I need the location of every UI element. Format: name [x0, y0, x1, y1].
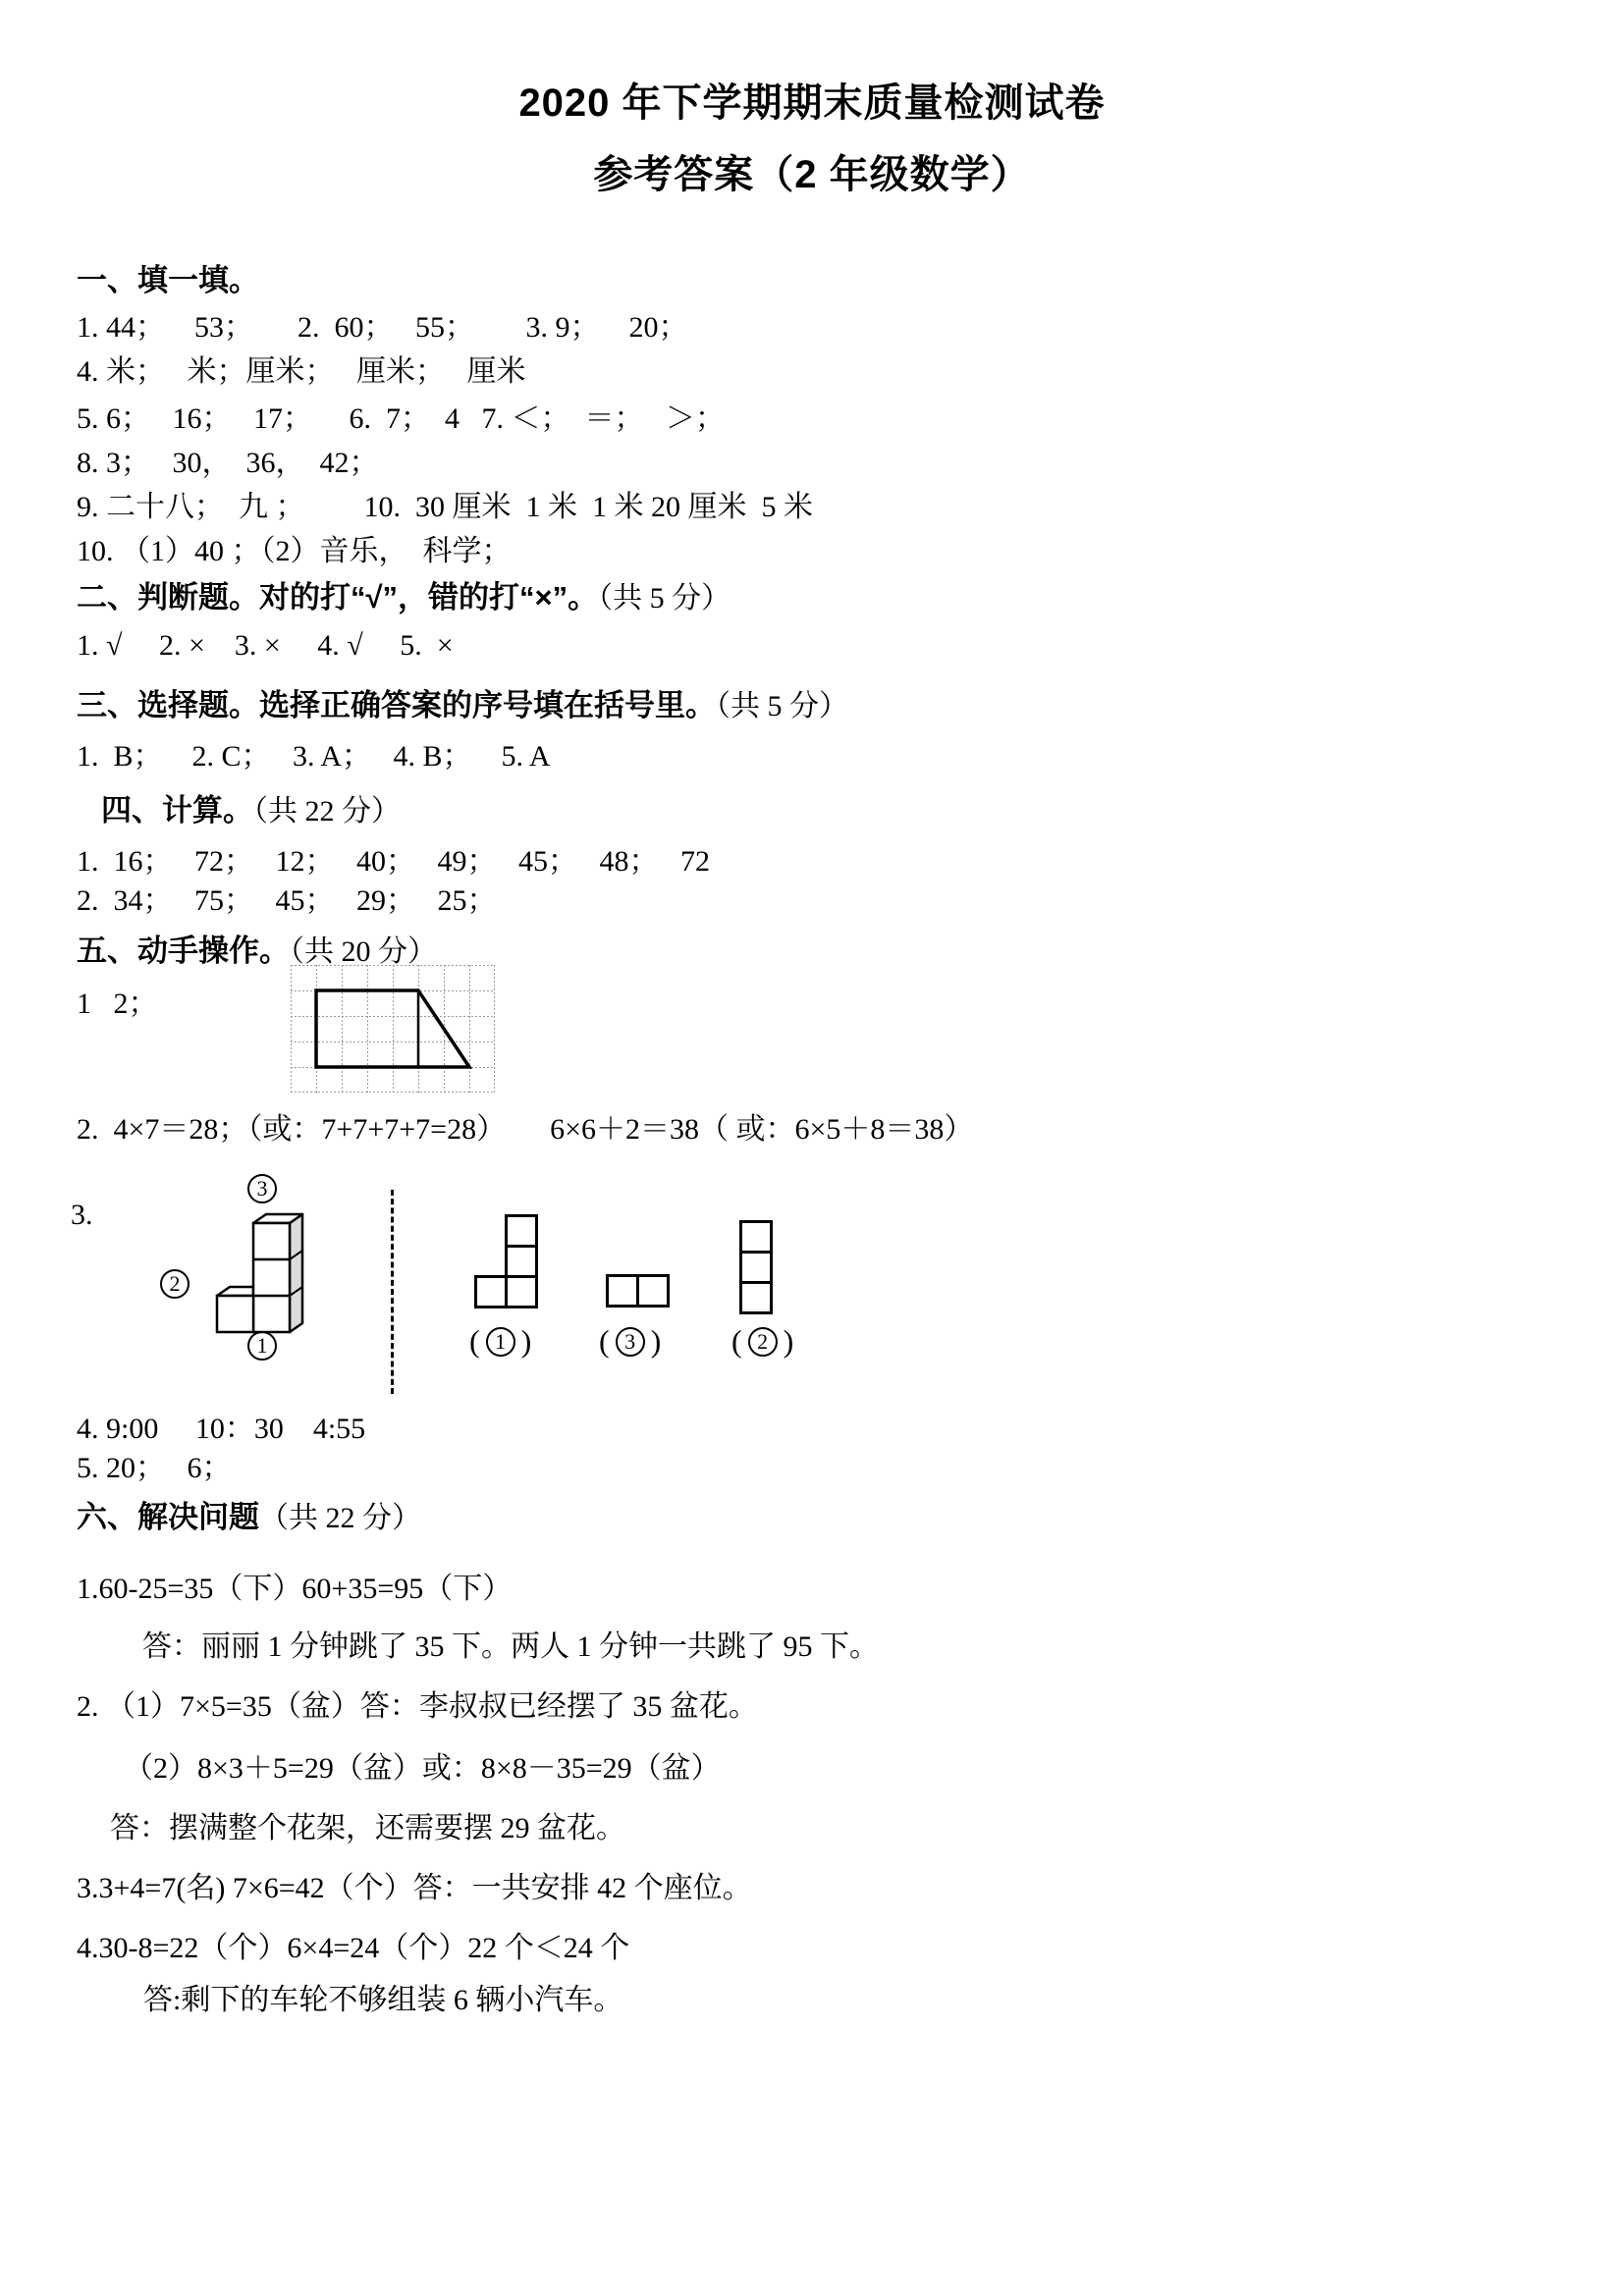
- dashed-divider: [391, 1190, 394, 1394]
- front-view-figure: [471, 1213, 540, 1311]
- paren-close: ): [784, 1323, 794, 1360]
- side-view-square: [741, 1283, 772, 1313]
- section2-heading-score: （共 5 分）: [598, 582, 731, 614]
- section6-heading-main: 六、解决问题: [77, 1500, 259, 1534]
- section6-problem1: 1.60-25=35（下）60+35=95（下）: [77, 1572, 512, 1607]
- section1-line10: 10. （1）40 ；（2）音乐， 科学；: [77, 534, 512, 569]
- section6-answer1: 答：丽丽 1 分钟跳了 35 下。两人 1 分钟一共跳了 95 下。: [142, 1629, 879, 1665]
- section1-line5: 5. 6； 16； 17； 6. 7； 4 7. ＜； ＝； ＞；: [77, 401, 725, 437]
- front-view-square: [476, 1277, 507, 1308]
- top-view-answer-circle: 3: [616, 1327, 645, 1357]
- section5-item2: 2. 4×7＝28；（或：7+7+7+7=28） 6×6＋2＝38（ 或：6×5…: [77, 1112, 973, 1148]
- section6-heading: 六、解决问题（共 22 分）: [77, 1500, 421, 1536]
- section2-heading-main: 二、判断题。对的打“√”，错的打“×”。: [77, 580, 598, 614]
- view-label-top-circle: 3: [247, 1174, 277, 1203]
- paren-open: (: [731, 1323, 742, 1360]
- section6-answer4: 答:剩下的车轮不够组装 6 辆小汽车。: [143, 1983, 623, 2018]
- section3-heading-main: 三、选择题。选择正确答案的序号填在括号里。: [77, 688, 716, 722]
- side-view-figure: [738, 1219, 776, 1317]
- section5-item5: 5. 20； 6；: [77, 1451, 232, 1486]
- paren-close: ): [521, 1323, 532, 1360]
- front-view-answer-circle: 1: [486, 1327, 515, 1357]
- section5-item1: 1 2；: [77, 987, 158, 1022]
- section5-heading-main: 五、动手操作。: [77, 934, 290, 968]
- grid-trapezoid-figure: [291, 965, 495, 1093]
- left-cube-front: [217, 1296, 253, 1332]
- cube-column-front: [253, 1223, 290, 1332]
- section3-heading-score: （共 5 分）: [716, 690, 848, 722]
- section2-answers: 1. √ 2. × 3. × 4. √ 5. ×: [77, 628, 454, 664]
- side-view-answer-circle: 2: [748, 1327, 778, 1357]
- left-cube-top-face: [217, 1287, 253, 1296]
- section4-heading-score: （共 22 分）: [253, 795, 401, 828]
- top-view-square: [638, 1276, 669, 1307]
- exam-title-line2: 参考答案（2 年级数学）: [0, 152, 1624, 197]
- top-view-square: [608, 1276, 638, 1307]
- section1-line8: 8. 3； 30， 36， 42；: [77, 446, 379, 481]
- cube-side-face: [290, 1214, 302, 1332]
- exam-title-line1: 2020 年下学期期末质量检测试卷: [0, 80, 1624, 126]
- front-view-answer: (1): [469, 1323, 531, 1360]
- section6-problem4: 4.30-8=22（个）6×4=24（个）22 个＜24 个: [77, 1931, 629, 1966]
- answer-sheet-page: 2020 年下学期期末质量检测试卷 参考答案（2 年级数学） 一、填一填。 1.…: [0, 0, 1624, 2296]
- view-label-left-circle: 2: [160, 1269, 189, 1299]
- cube-stack-3d-figure: [212, 1209, 306, 1335]
- section1-heading: 一、填一填。: [77, 263, 259, 298]
- side-view-square: [741, 1222, 772, 1253]
- paren-close: ): [651, 1323, 662, 1360]
- front-view-square: [507, 1216, 537, 1247]
- paren-open: (: [469, 1323, 480, 1360]
- top-view-answer: (3): [599, 1323, 661, 1360]
- section4-heading: 四、计算。（共 22 分）: [101, 793, 401, 829]
- top-view-figure: [605, 1273, 674, 1310]
- front-view-square: [507, 1277, 537, 1308]
- side-view-square: [741, 1253, 772, 1283]
- view-label-bottom-circle: 1: [247, 1331, 277, 1361]
- front-view-square: [507, 1247, 537, 1277]
- grid-lines: [291, 965, 495, 1093]
- section1-line9: 9. 二十八； 九 ； 10. 30 厘米 1 米 1 米 20 厘米 5 米: [77, 490, 813, 525]
- side-view-answer: (2): [731, 1323, 793, 1360]
- paren-open: (: [599, 1323, 610, 1360]
- section1-line1: 1. 44； 53； 2. 60； 55； 3. 9； 20；: [77, 310, 688, 346]
- section4-heading-main: 四、计算。: [101, 793, 253, 828]
- section5-heading-score: （共 20 分）: [290, 935, 437, 968]
- section4-line1: 1. 16； 72； 12； 40； 49； 45； 48； 72: [77, 844, 710, 880]
- section4-line2: 2. 34； 75； 45； 29； 25；: [77, 883, 497, 919]
- section6-answer2: 答：摆满整个花架，还需要摆 29 盆花。: [110, 1811, 625, 1846]
- section6-heading-score: （共 22 分）: [259, 1502, 421, 1534]
- section6-problem2-part2: （2）8×3＋5=29（盆）或：8×8－35=29（盆）: [124, 1751, 721, 1787]
- section5-item3-label: 3.: [71, 1198, 93, 1233]
- section6-problem2-part1: 2. （1）7×5=35（盆）答：李叔叔已经摆了 35 盆花。: [77, 1689, 758, 1725]
- section1-line4: 4. 米； 米；厘米； 厘米； 厘米: [77, 354, 526, 390]
- section3-heading: 三、选择题。选择正确答案的序号填在括号里。（共 5 分）: [77, 688, 848, 724]
- section6-problem3: 3.3+4=7(名) 7×6=42（个）答：一共安排 42 个座位。: [77, 1871, 752, 1906]
- section5-item4: 4. 9:00 10：30 4:55: [77, 1412, 365, 1447]
- section2-heading: 二、判断题。对的打“√”，错的打“×”。（共 5 分）: [77, 580, 731, 616]
- section3-answers: 1. B； 2. C； 3. A； 4. B； 5. A: [77, 739, 551, 774]
